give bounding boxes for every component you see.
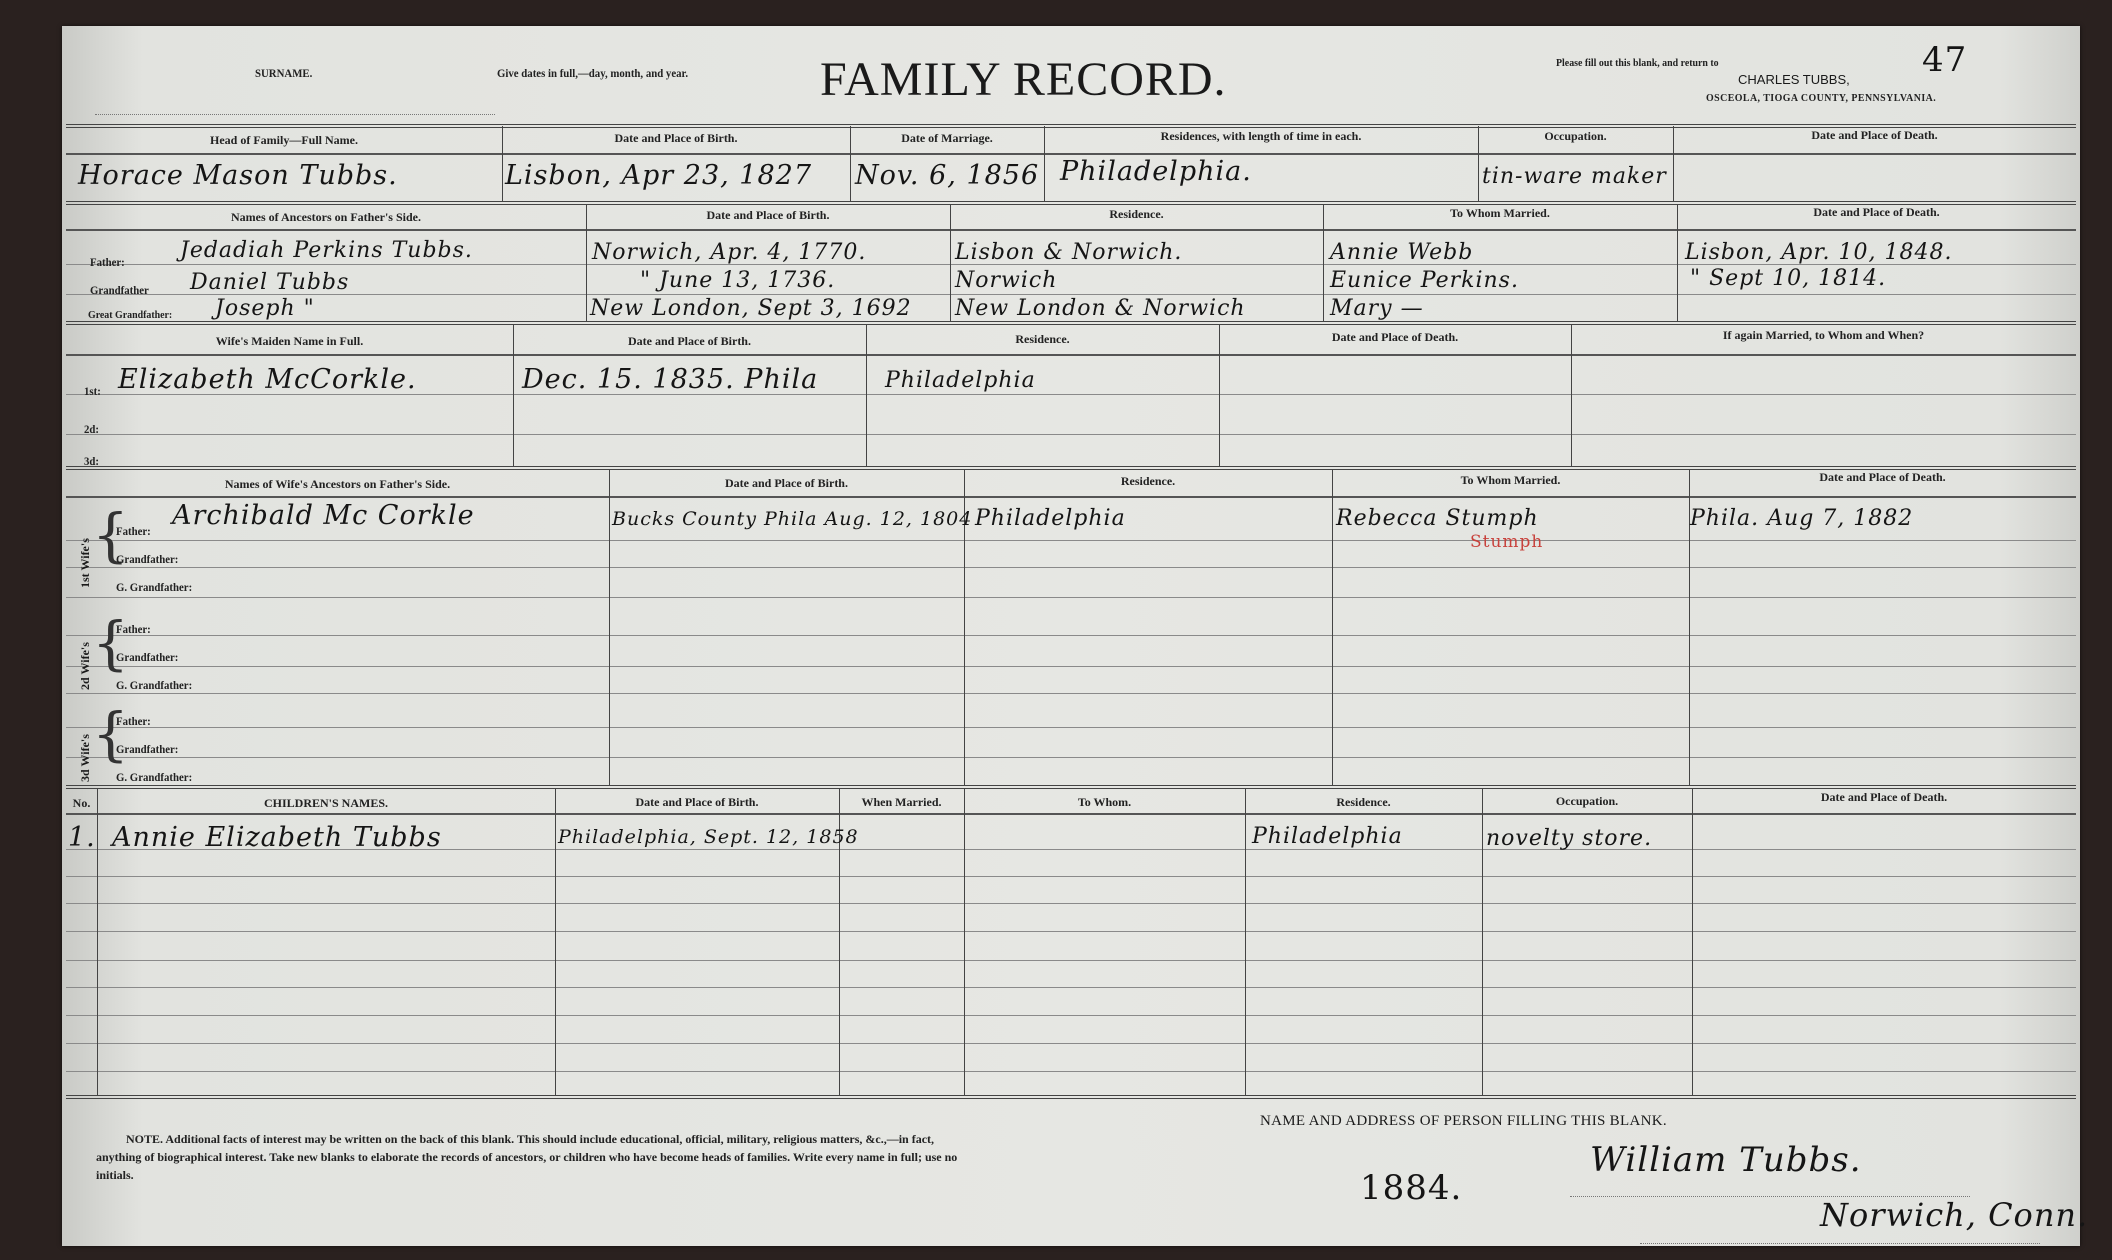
great-grandfather-residence[interactable]: New London & Norwich xyxy=(955,296,1246,321)
group-3d-wife-label: 3d Wife's xyxy=(78,734,93,782)
father-name[interactable]: Jedadiah Perkins Tubbs. xyxy=(180,238,473,263)
grandfather-married[interactable]: Eunice Perkins. xyxy=(1330,268,1519,293)
surname-field[interactable] xyxy=(95,114,495,115)
col-head-residences: Residences, with length of time in each. xyxy=(1044,129,1478,144)
wife1-ggrandfather-label: G. Grandfather: xyxy=(116,580,192,595)
col-head-birth: Date and Place of Birth. xyxy=(502,131,850,146)
footer-note: NOTE. Additional facts of interest may b… xyxy=(96,1130,966,1184)
child-1-occupation[interactable]: novelty store. xyxy=(1486,826,1652,851)
col-wife-residence: Residence. xyxy=(866,332,1219,347)
col-ancestors-birth: Date and Place of Birth. xyxy=(586,208,950,223)
filler-year[interactable]: 1884. xyxy=(1360,1168,1462,1208)
wife2-father-label: Father: xyxy=(116,622,151,637)
wife1-grandfather-label: Grandfather: xyxy=(116,552,178,567)
group-1st-wife-label: 1st Wife's xyxy=(78,538,93,588)
head-occupation-value[interactable]: tin-ware maker xyxy=(1482,164,1667,189)
grandfather-death[interactable]: " Sept 10, 1814. xyxy=(1690,266,1886,291)
wife1-father-death[interactable]: Phila. Aug 7, 1882 xyxy=(1690,506,1913,531)
col-child-when-married: When Married. xyxy=(839,795,964,810)
wife1-father-name[interactable]: Archibald Mc Corkle xyxy=(172,500,475,531)
col-wife-name: Wife's Maiden Name in Full. xyxy=(66,334,513,349)
head-marriage-value[interactable]: Nov. 6, 1856 xyxy=(855,160,1039,191)
father-label: Father: xyxy=(90,255,125,270)
wife-1st-birth[interactable]: Dec. 15. 1835. Phila xyxy=(522,364,818,395)
col-head-marriage: Date of Marriage. xyxy=(850,131,1044,146)
note-lead: NOTE. xyxy=(126,1132,163,1146)
col-wife-birth: Date and Place of Birth. xyxy=(513,334,866,349)
wife2-grandfather-label: Grandfather: xyxy=(116,650,178,665)
col-wife-remarried: If again Married, to Whom and When? xyxy=(1571,328,2076,343)
wife1-father-residence[interactable]: Philadelphia xyxy=(975,506,1126,531)
wife1-father-married[interactable]: Rebecca Stumph xyxy=(1336,506,1539,531)
col-wife-ancestors-married: To Whom Married. xyxy=(1332,473,1689,488)
return-name: CHARLES TUBBS, xyxy=(1738,72,1850,87)
wife-2d-label: 2d: xyxy=(84,422,99,437)
wife-1st-residence[interactable]: Philadelphia xyxy=(885,368,1036,393)
col-wife-ancestors-birth: Date and Place of Birth. xyxy=(609,476,964,491)
surname-label: SURNAME. xyxy=(255,66,312,81)
father-death[interactable]: Lisbon, Apr. 10, 1848. xyxy=(1685,240,1952,265)
head-birth-value[interactable]: Lisbon, Apr 23, 1827 xyxy=(505,160,812,191)
col-head-occupation: Occupation. xyxy=(1478,129,1673,144)
wife1-father-birth[interactable]: Bucks County Phila Aug. 12, 1804 xyxy=(612,508,972,530)
wife3-ggrandfather-label: G. Grandfather: xyxy=(116,770,192,785)
father-residence[interactable]: Lisbon & Norwich. xyxy=(955,240,1182,265)
page-title: FAMILY RECORD. xyxy=(820,52,1227,107)
return-note: Please fill out this blank, and return t… xyxy=(1556,57,1719,69)
father-birth[interactable]: Norwich, Apr. 4, 1770. xyxy=(592,240,866,265)
filler-name[interactable]: William Tubbs. xyxy=(1590,1140,1862,1180)
col-child-no: No. xyxy=(66,796,97,811)
child-1-residence[interactable]: Philadelphia xyxy=(1252,824,1403,849)
grandfather-residence[interactable]: Norwich xyxy=(955,268,1057,293)
wife3-father-label: Father: xyxy=(116,714,151,729)
col-ancestors-names: Names of Ancestors on Father's Side. xyxy=(66,210,586,225)
great-grandfather-birth[interactable]: New London, Sept 3, 1692 xyxy=(590,296,912,321)
col-ancestors-residence: Residence. xyxy=(950,207,1323,222)
wife1-father-married-annotation: Stumph xyxy=(1470,532,1543,552)
col-child-occupation: Occupation. xyxy=(1482,794,1692,809)
dates-note: Give dates in full,—day, month, and year… xyxy=(497,66,688,81)
child-1-no: 1. xyxy=(68,822,96,853)
wife2-ggrandfather-label: G. Grandfather: xyxy=(116,678,192,693)
filler-address[interactable]: Norwich, Conn. xyxy=(1820,1196,2088,1234)
head-residences-value[interactable]: Philadelphia. xyxy=(1060,156,1252,187)
grandfather-name[interactable]: Daniel Tubbs xyxy=(190,270,349,295)
col-child-name: CHILDREN'S NAMES. xyxy=(97,796,555,811)
wife-3d-label: 3d: xyxy=(84,454,99,469)
col-ancestors-death: Date and Place of Death. xyxy=(1677,205,2076,220)
father-married[interactable]: Annie Webb xyxy=(1330,240,1473,265)
col-child-residence: Residence. xyxy=(1245,795,1482,810)
col-wife-death: Date and Place of Death. xyxy=(1219,330,1571,345)
grandfather-label: Grandfather xyxy=(90,283,149,298)
return-address: OSCEOLA, TIOGA COUNTY, PENNSYLVANIA. xyxy=(1706,92,1936,104)
wife1-father-label: Father: xyxy=(116,524,151,539)
great-grandfather-name[interactable]: Joseph " xyxy=(215,296,315,321)
col-head-death: Date and Place of Death. xyxy=(1673,128,2076,143)
col-wife-ancestors-death: Date and Place of Death. xyxy=(1689,470,2076,485)
col-wife-ancestors-names: Names of Wife's Ancestors on Father's Si… xyxy=(66,477,609,492)
great-grandfather-married[interactable]: Mary — xyxy=(1330,296,1424,321)
child-1-birth[interactable]: Philadelphia, Sept. 12, 1858 xyxy=(558,826,859,848)
great-grandfather-label: Great Grandfather: xyxy=(88,309,172,321)
wife-1st-name[interactable]: Elizabeth McCorkle. xyxy=(118,364,417,395)
group-2d-wife-label: 2d Wife's xyxy=(78,642,93,690)
col-wife-ancestors-residence: Residence. xyxy=(964,474,1332,489)
record-number: 47 xyxy=(1922,40,1967,80)
col-head-name: Head of Family—Full Name. xyxy=(66,133,502,148)
col-child-death: Date and Place of Death. xyxy=(1692,790,2076,805)
filler-label: NAME AND ADDRESS OF PERSON FILLING THIS … xyxy=(1260,1113,1667,1130)
col-ancestors-married: To Whom Married. xyxy=(1323,206,1677,221)
col-child-to-whom: To Whom. xyxy=(964,795,1245,810)
grandfather-birth[interactable]: " June 13, 1736. xyxy=(640,268,835,293)
head-name-value[interactable]: Horace Mason Tubbs. xyxy=(78,160,398,191)
col-child-birth: Date and Place of Birth. xyxy=(555,795,839,810)
child-1-name[interactable]: Annie Elizabeth Tubbs xyxy=(112,822,442,853)
wife3-grandfather-label: Grandfather: xyxy=(116,742,178,757)
note-text: Additional facts of interest may be writ… xyxy=(96,1132,957,1182)
wife-1st-label: 1st: xyxy=(84,384,101,399)
